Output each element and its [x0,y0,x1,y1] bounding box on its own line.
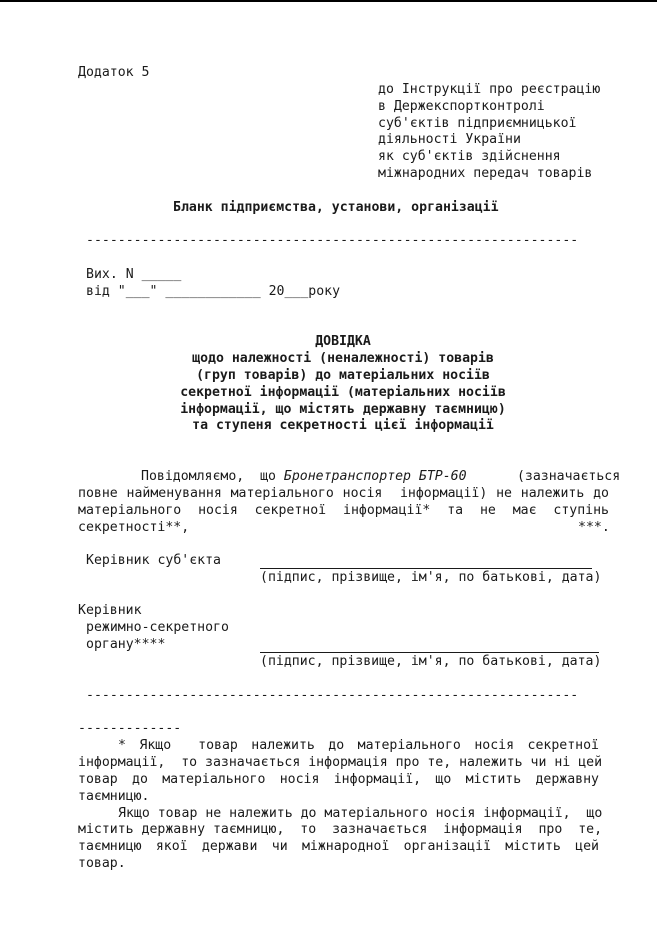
signature-line [260,568,592,569]
body-line1-rest: (зазначається [509,469,620,486]
separator-line: ----------------------------------------… [86,688,578,705]
appendix-label: Додаток 5 [78,65,149,82]
reference-line: міжнародних передач товарів [378,166,592,183]
footnote-line: * Якщо товар належить до матеріального н… [118,738,599,755]
item-name: Бронетранспортер БТР-60 [284,469,467,484]
footnote-line: таємницю. [78,789,149,806]
signature-label: Керівник суб'єкта [86,553,221,570]
body-intro: Повідомляємо, що Бронетранспортер БТР-60 [141,469,467,486]
signature-label: органу**** [86,637,165,654]
footnote-line: таємницю якої держави чи міжнародної орг… [78,839,599,856]
reference-line: діяльності України [378,132,521,149]
letterhead-label: Бланк підприємства, установи, організаці… [173,200,499,217]
signature-line [260,652,599,653]
signature-label: Керівник [78,603,142,620]
date-line: від "___" ____________ 20___року [86,284,340,301]
subtitle-line: та ступеня секретності цієї інформації [78,418,608,435]
outgoing-number: Вих. N _____ [86,267,181,284]
reference-line: як суб'єктів здійснення [378,149,561,166]
footnote-separator: ------------- [78,721,181,738]
top-border [0,0,657,2]
body-line: матеріального носія секретної інформації… [78,503,609,520]
body-line-right: ***. [578,520,610,537]
body-line-left: секретності**, [78,520,189,537]
subtitle-line: щодо належності (неналежності) товарів [78,351,608,368]
body-line: повне найменування матеріального носія і… [78,486,609,503]
separator-line: ----------------------------------------… [86,233,578,250]
signature-caption: (підпис, прізвище, ім'я, по батькові, да… [260,570,601,587]
footnote-line: товар. [78,856,126,873]
reference-line: до Інструкції про реєстрацію [378,82,600,99]
reference-line: в Держекспортконтролі [378,99,545,116]
footnote-line: Якщо товар не належить до матеріального … [118,806,599,823]
reference-line: суб'єктів підприємницької [378,116,577,133]
signature-caption: (підпис, прізвище, ім'я, по батькові, да… [260,654,601,671]
body-intro-text: Повідомляємо, що [141,469,284,484]
subtitle-line: (груп товарів) до матеріальних носіїв [78,368,608,385]
subtitle-line: інформації, що містять державну таємницю… [78,402,608,419]
signature-label: режимно-секретного [86,620,229,637]
certificate-title: ДОВІДКА [78,334,608,351]
footnote-line: містить державну таємницю, то зазначаєть… [78,822,599,839]
footnote-line: інформації, то зазначається інформація п… [78,755,599,772]
footnote-line: товар до матеріального носія інформації,… [78,772,599,789]
subtitle-line: секретної інформації (матеріальних носії… [78,385,608,402]
